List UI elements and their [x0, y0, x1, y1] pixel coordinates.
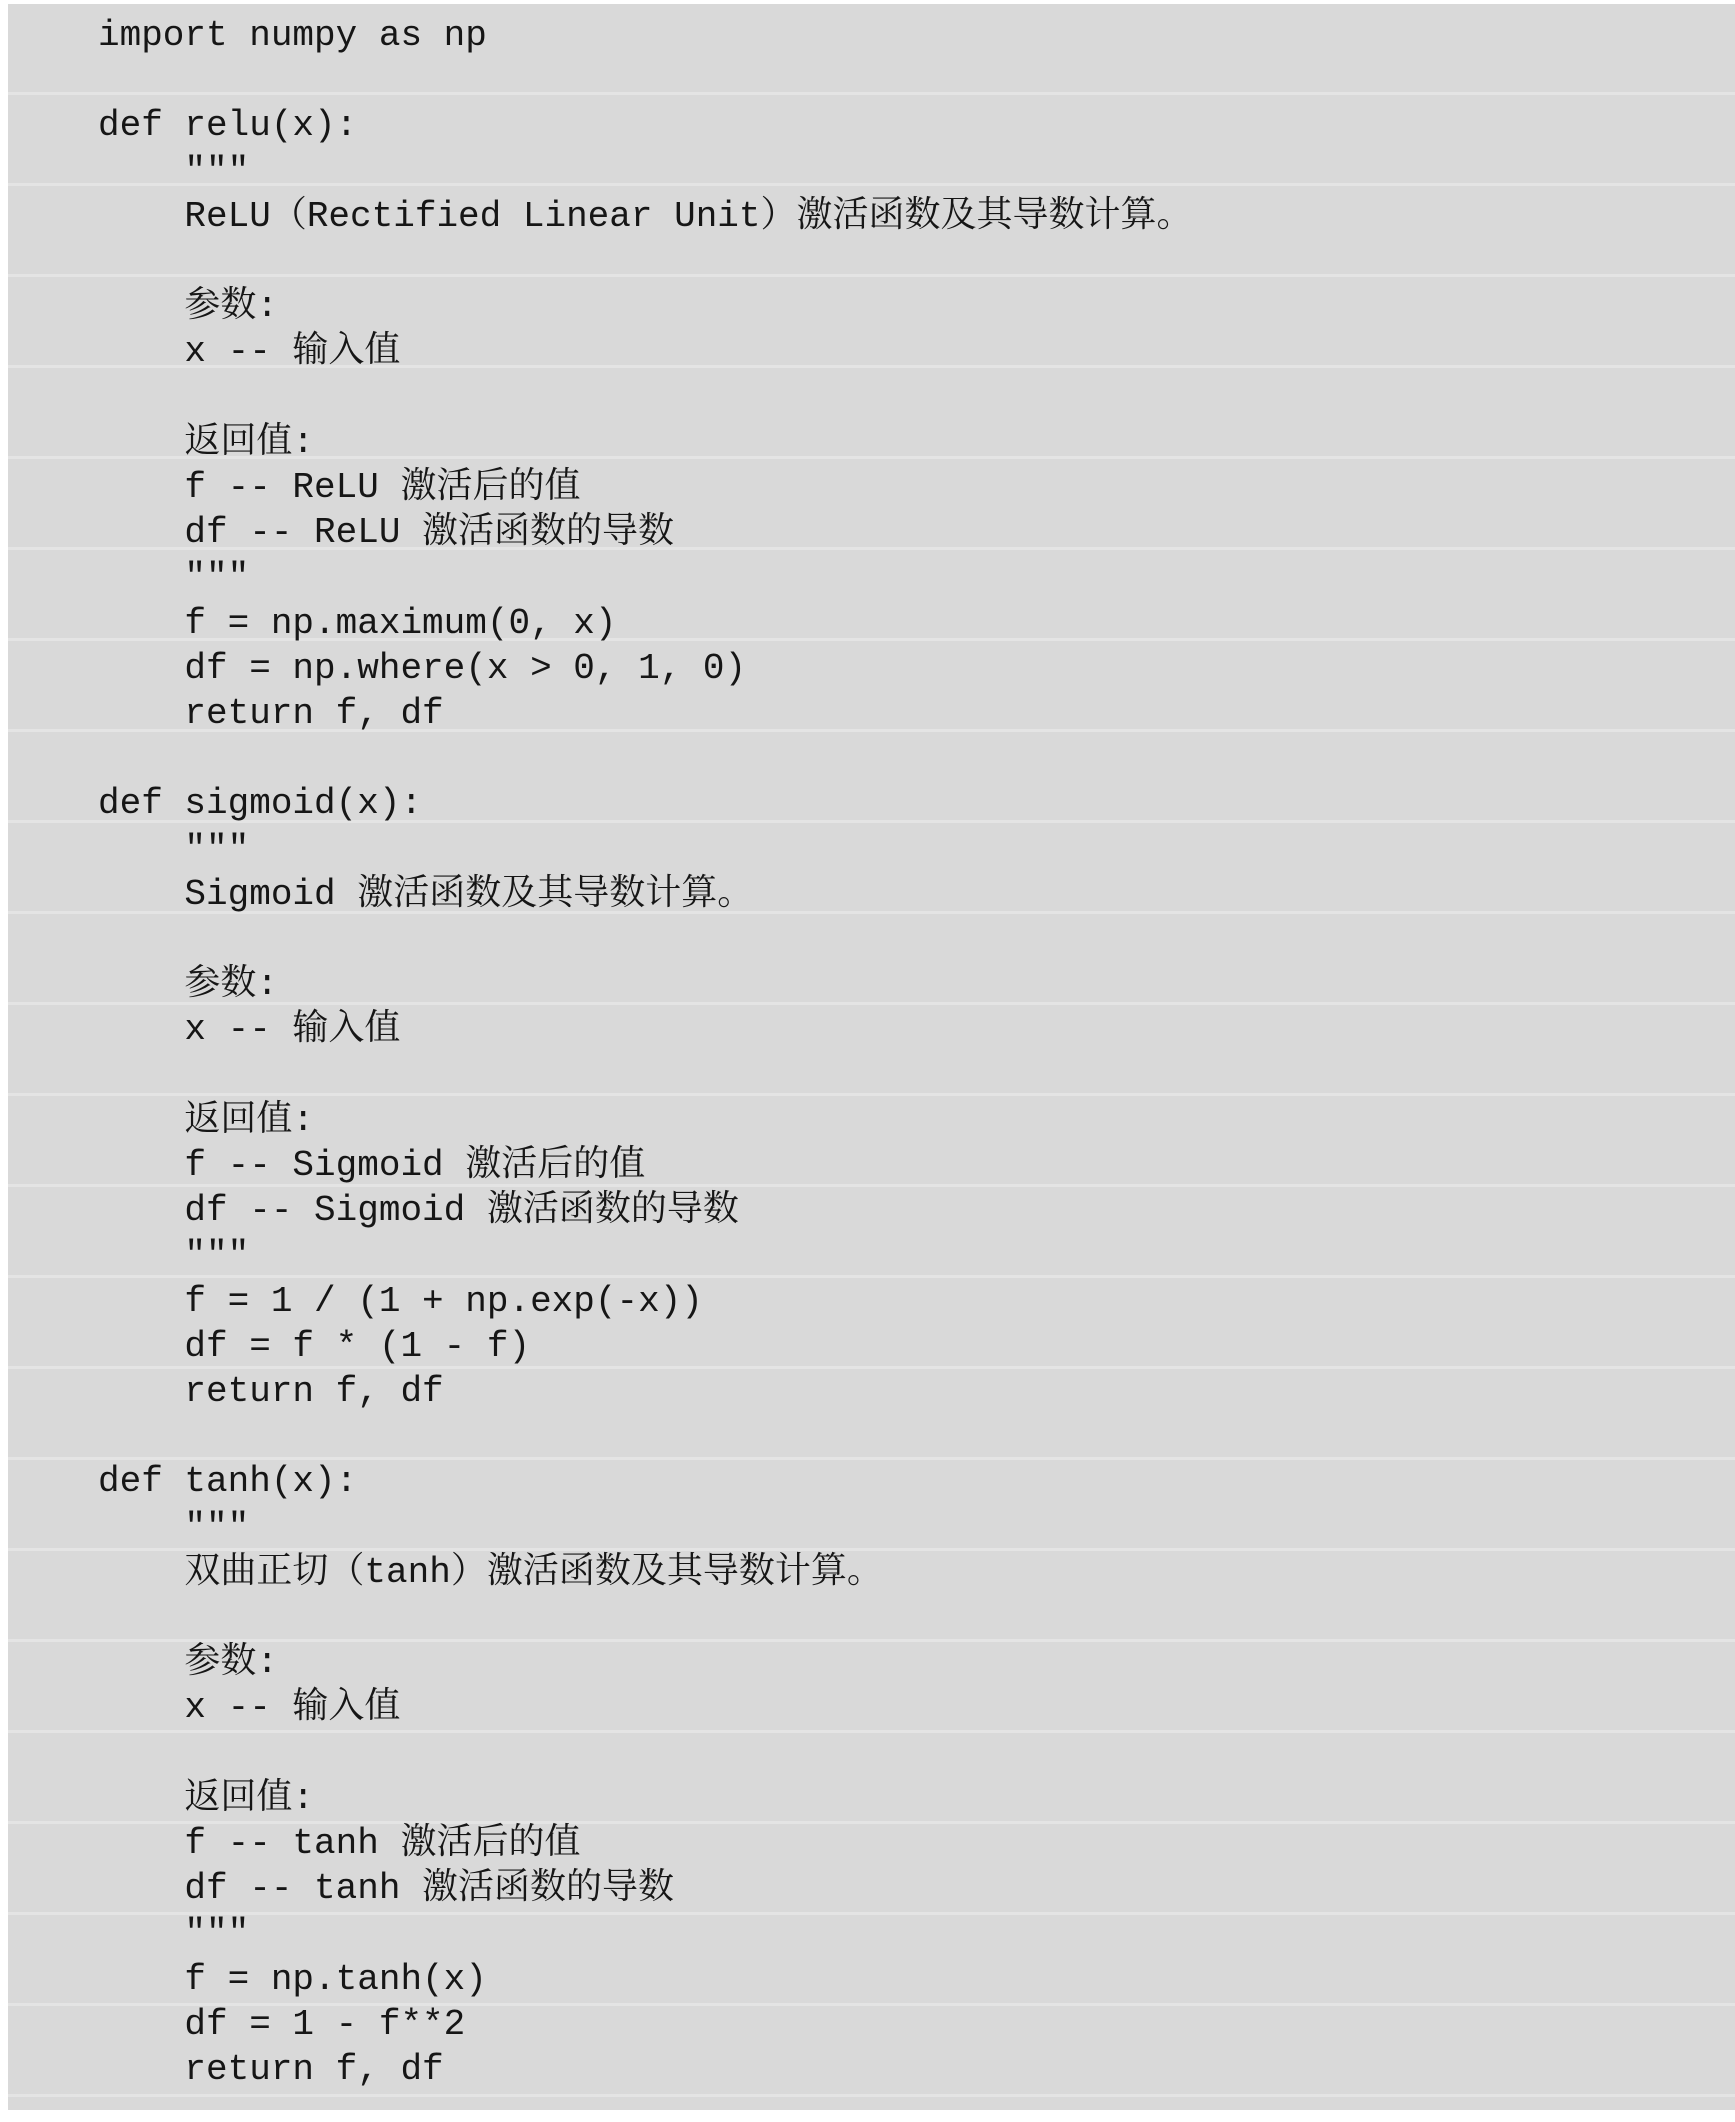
- code-line: 返回值:: [98, 1098, 1725, 1143]
- code-line: def sigmoid(x):: [98, 781, 1725, 826]
- code-line: [98, 58, 1725, 103]
- code-line: import numpy as np: [98, 13, 1725, 58]
- code-line: f -- tanh 激活后的值: [98, 1821, 1725, 1866]
- code-line: f -- Sigmoid 激活后的值: [98, 1143, 1725, 1188]
- code-line: 双曲正切（tanh）激活函数及其导数计算。: [98, 1550, 1725, 1595]
- code-line: [98, 736, 1725, 781]
- code-line: """: [98, 555, 1725, 600]
- python-code-listing: import numpy as npdef relu(x): """ ReLU（…: [8, 4, 1735, 2110]
- code-line: f = np.tanh(x): [98, 1957, 1725, 2002]
- code-line: df -- Sigmoid 激活函数的导数: [98, 1188, 1725, 1233]
- code-line: 返回值:: [98, 1776, 1725, 1821]
- code-line: 参数:: [98, 284, 1725, 329]
- code-line: return f, df: [98, 1369, 1725, 1414]
- code-line: [98, 1731, 1725, 1776]
- code-line: df = np.where(x > 0, 1, 0): [98, 646, 1725, 691]
- code-line: [98, 1053, 1725, 1098]
- code-line: [98, 1595, 1725, 1640]
- code-line: df = 1 - f**2: [98, 2002, 1725, 2047]
- code-line: return f, df: [98, 691, 1725, 736]
- code-line: 返回值:: [98, 420, 1725, 465]
- code-line: return f, df: [98, 2047, 1725, 2092]
- code-line: """: [98, 1505, 1725, 1550]
- code-line: df = f * (1 - f): [98, 1324, 1725, 1369]
- code-line: [98, 375, 1725, 420]
- code-line: 参数:: [98, 962, 1725, 1007]
- code-line: Sigmoid 激活函数及其导数计算。: [98, 872, 1725, 917]
- code-line: f = 1 / (1 + np.exp(-x)): [98, 1279, 1725, 1324]
- code-line: """: [98, 149, 1725, 194]
- code-line: ReLU（Rectified Linear Unit）激活函数及其导数计算。: [98, 194, 1725, 239]
- code-line: [98, 1414, 1725, 1459]
- code-line: [98, 239, 1725, 284]
- code-line: """: [98, 827, 1725, 872]
- code-line: f = np.maximum(0, x): [98, 601, 1725, 646]
- code-line: x -- 输入值: [98, 1685, 1725, 1730]
- code-line: def relu(x):: [98, 103, 1725, 148]
- code-line: df -- tanh 激活函数的导数: [98, 1866, 1725, 1911]
- code-line: x -- 输入值: [98, 1007, 1725, 1052]
- code-line: """: [98, 1233, 1725, 1278]
- code-line: def tanh(x):: [98, 1459, 1725, 1504]
- code-line: """: [98, 1911, 1725, 1956]
- code-line: df -- ReLU 激活函数的导数: [98, 510, 1725, 555]
- code-line: x -- 输入值: [98, 329, 1725, 374]
- code-line: f -- ReLU 激活后的值: [98, 465, 1725, 510]
- code-line: 参数:: [98, 1640, 1725, 1685]
- code-line: [98, 917, 1725, 962]
